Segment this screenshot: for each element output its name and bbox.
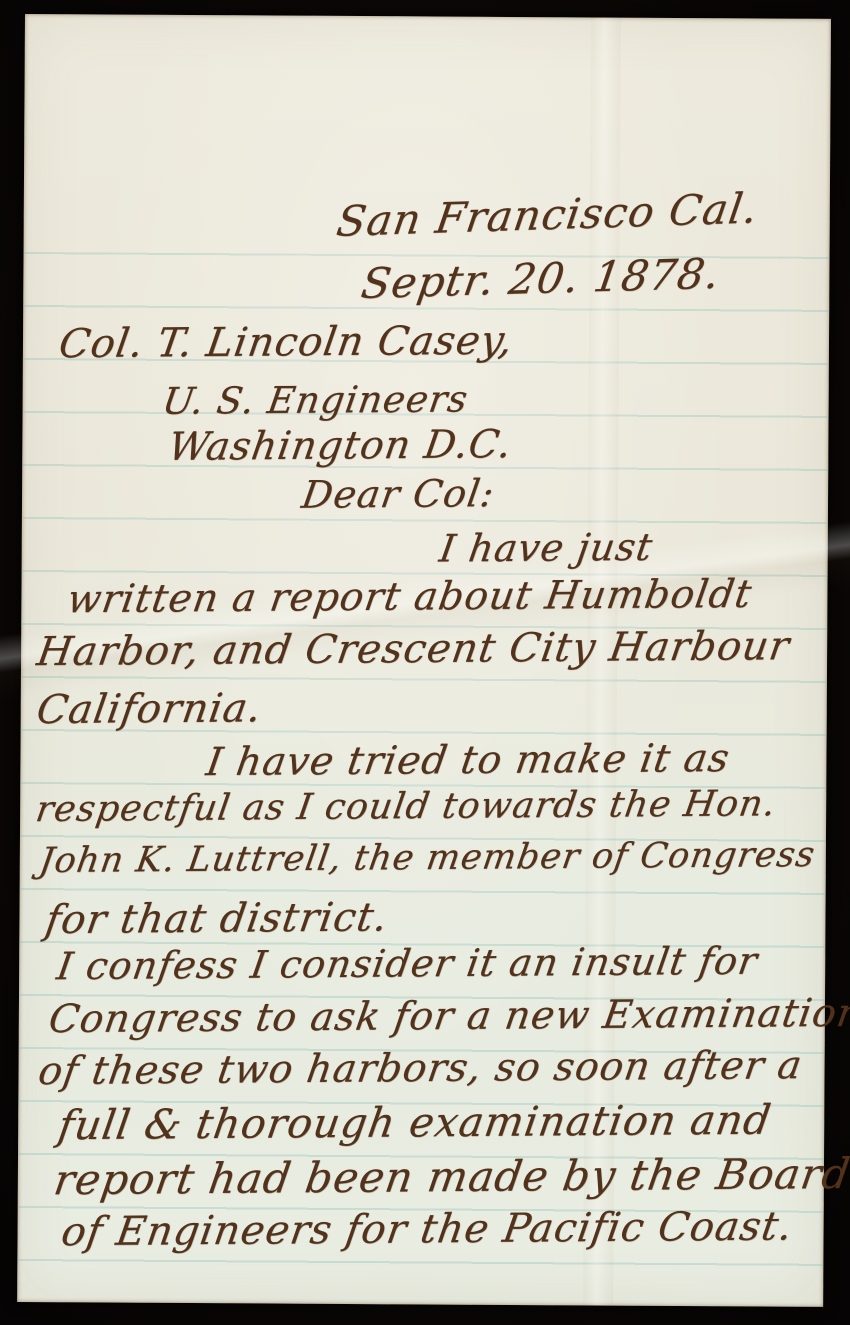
letter-place-line: San Francisco Cal. — [334, 183, 762, 245]
letter-recipient-org: U. S. Engineers — [160, 377, 472, 422]
letter-body-line: respectful as I could towards the Hon. — [33, 783, 779, 830]
letter-body-line: report had been made by the Board — [51, 1149, 850, 1204]
letter-body-line: of Engineers for the Pacific Coast. — [58, 1204, 796, 1256]
letter-body-line: written a report about Humboldt — [64, 572, 755, 622]
letter-body-line: I have tried to make it as — [203, 736, 733, 785]
photo-backdrop: San Francisco Cal. Septr. 20. 1878. Col.… — [0, 0, 850, 1325]
letter-body-line: John K. Luttrell, the member of Congress — [37, 835, 818, 881]
letter-body-line: full & thorough examination and — [55, 1096, 775, 1150]
letter-salutation: Dear Col: — [299, 471, 498, 516]
letter-recipient-name: Col. T. Lincoln Casey, — [56, 318, 517, 368]
letter-date-line: Septr. 20. 1878. — [358, 249, 723, 308]
letter-body-line: Harbor, and Crescent City Harbour — [34, 623, 793, 675]
letter-body-line: of these two harbors, so soon after a — [35, 1043, 805, 1094]
letter-body-line: for that district. — [42, 894, 391, 943]
letter-recipient-city: Washington D.C. — [165, 422, 515, 470]
letter-body-line: California. — [34, 685, 266, 733]
letter-body-line: I have just — [437, 525, 656, 571]
letter-body-line: I confess I consider it an insult for — [54, 939, 761, 988]
letter-page: San Francisco Cal. Septr. 20. 1878. Col.… — [17, 14, 831, 1307]
letter-body-line: Congress to ask for a new Examination — [46, 991, 850, 1042]
